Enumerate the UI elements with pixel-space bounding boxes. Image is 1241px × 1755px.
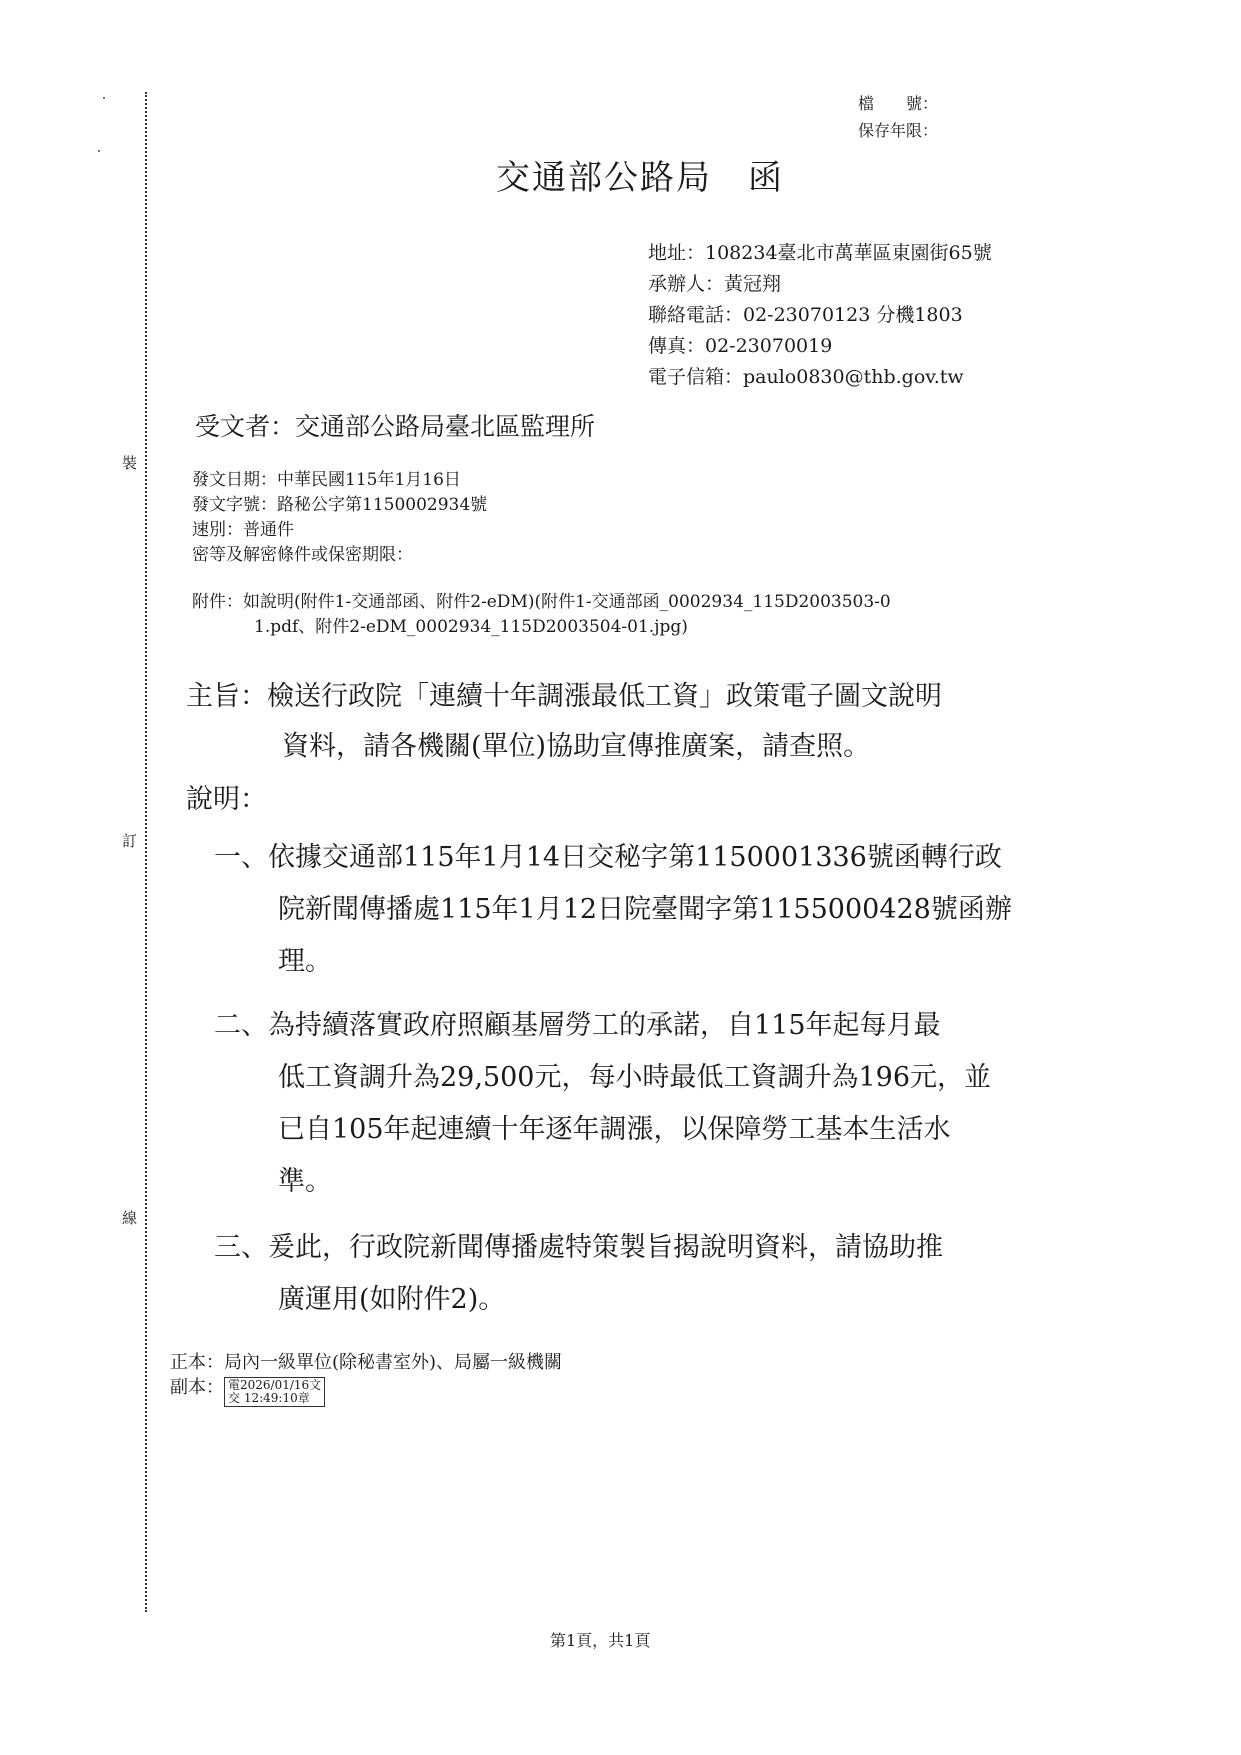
subject-line-2: 資料，請各機關(單位)協助宣傳推廣案，請查照。: [186, 722, 942, 772]
original-recipients: 正本：局內一級單位(除秘書室外)、局屬一級機關: [170, 1350, 562, 1375]
item-line: 一、依據交通部115年1月14日交秘字第1150001336號函轉行政: [214, 832, 1012, 884]
scan-speck: [98, 150, 100, 152]
item-line: 準。: [214, 1156, 991, 1208]
attachment-line-2: 1.pdf、附件2-eDM_0002934_115D2003504-01.jpg…: [192, 615, 891, 640]
subject: 主旨：檢送行政院「連續十年調漲最低工資」政策電子圖文說明 資料，請各機關(單位)…: [186, 672, 942, 772]
item-line: 院新聞傳播處115年1月12日院臺聞字第1155000428號函辦: [214, 884, 1012, 936]
description-item-2: 二、為持續落實政府照顧基層勞工的承諾，自115年起每月最 低工資調升為29,50…: [214, 1000, 991, 1208]
issue-number: 發文字號：路秘公字第1150002934號: [192, 493, 487, 518]
attachment-line-1: 附件：如說明(附件1-交通部函、附件2-eDM)(附件1-交通部函_000293…: [192, 590, 891, 615]
handler: 承辦人：黃冠翔: [648, 269, 992, 300]
item-line: 二、為持續落實政府照顧基層勞工的承諾，自115年起每月最: [214, 1000, 991, 1052]
recipient: 受文者：交通部公路局臺北區監理所: [195, 407, 595, 443]
item-line: 三、爰此，行政院新聞傳播處特策製旨揭說明資料，請協助推: [214, 1222, 943, 1274]
attachment: 附件：如說明(附件1-交通部函、附件2-eDM)(附件1-交通部函_000293…: [192, 590, 891, 640]
file-number-label: 檔 號：: [858, 90, 938, 117]
binding-mark-xian: 線: [122, 1207, 137, 1228]
item-line: 理。: [214, 936, 1012, 988]
address: 地址：108234臺北市萬華區東園街65號: [648, 238, 992, 269]
binding-mark-zhuang: 裝: [122, 452, 137, 473]
retention-label: 保存年限：: [858, 117, 938, 144]
description-label: 說明：: [186, 777, 267, 816]
contact-block: 地址：108234臺北市萬華區東園街65號 承辦人：黃冠翔 聯絡電話：02-23…: [648, 238, 992, 393]
binding-dotted-line: [145, 92, 147, 1612]
secrecy-level: 密等及解密條件或保密期限：: [192, 543, 487, 568]
scan-speck: [103, 97, 105, 99]
subject-line-1: 主旨：檢送行政院「連續十年調漲最低工資」政策電子圖文說明: [186, 672, 942, 722]
item-line: 已自105年起連續十年逐年調漲，以保障勞工基本生活水: [214, 1104, 991, 1156]
item-line: 低工資調升為29,500元，每小時最低工資調升為196元，並: [214, 1052, 991, 1104]
email: 電子信箱：paulo0830@thb.gov.tw: [648, 362, 992, 393]
description-item-1: 一、依據交通部115年1月14日交秘字第1150001336號函轉行政 院新聞傳…: [214, 832, 1012, 988]
fax: 傳真：02-23070019: [648, 331, 992, 362]
speed-class: 速別：普通件: [192, 518, 487, 543]
stamp-line-2: 交 12:49:10章: [228, 1392, 321, 1405]
issue-date: 發文日期：中華民國115年1月16日: [192, 468, 487, 493]
document-title: 交通部公路局 函: [496, 150, 784, 199]
distribution: 正本：局內一級單位(除秘書室外)、局屬一級機關 副本：電2026/01/16文交…: [170, 1350, 562, 1407]
electronic-stamp: 電2026/01/16文交 12:49:10章: [224, 1377, 325, 1407]
phone: 聯絡電話：02-23070123 分機1803: [648, 300, 992, 331]
issue-info: 發文日期：中華民國115年1月16日 發文字號：路秘公字第1150002934號…: [192, 468, 487, 568]
copy-recipients: 副本：電2026/01/16文交 12:49:10章: [170, 1375, 562, 1407]
file-metadata: 檔 號： 保存年限：: [858, 90, 938, 144]
description-item-3: 三、爰此，行政院新聞傳播處特策製旨揭說明資料，請協助推 廣運用(如附件2)。: [214, 1222, 943, 1326]
item-line: 廣運用(如附件2)。: [214, 1274, 943, 1326]
copy-label: 副本：: [170, 1377, 224, 1398]
page-number: 第1頁，共1頁: [550, 1628, 650, 1651]
binding-mark-ding: 訂: [122, 830, 137, 851]
